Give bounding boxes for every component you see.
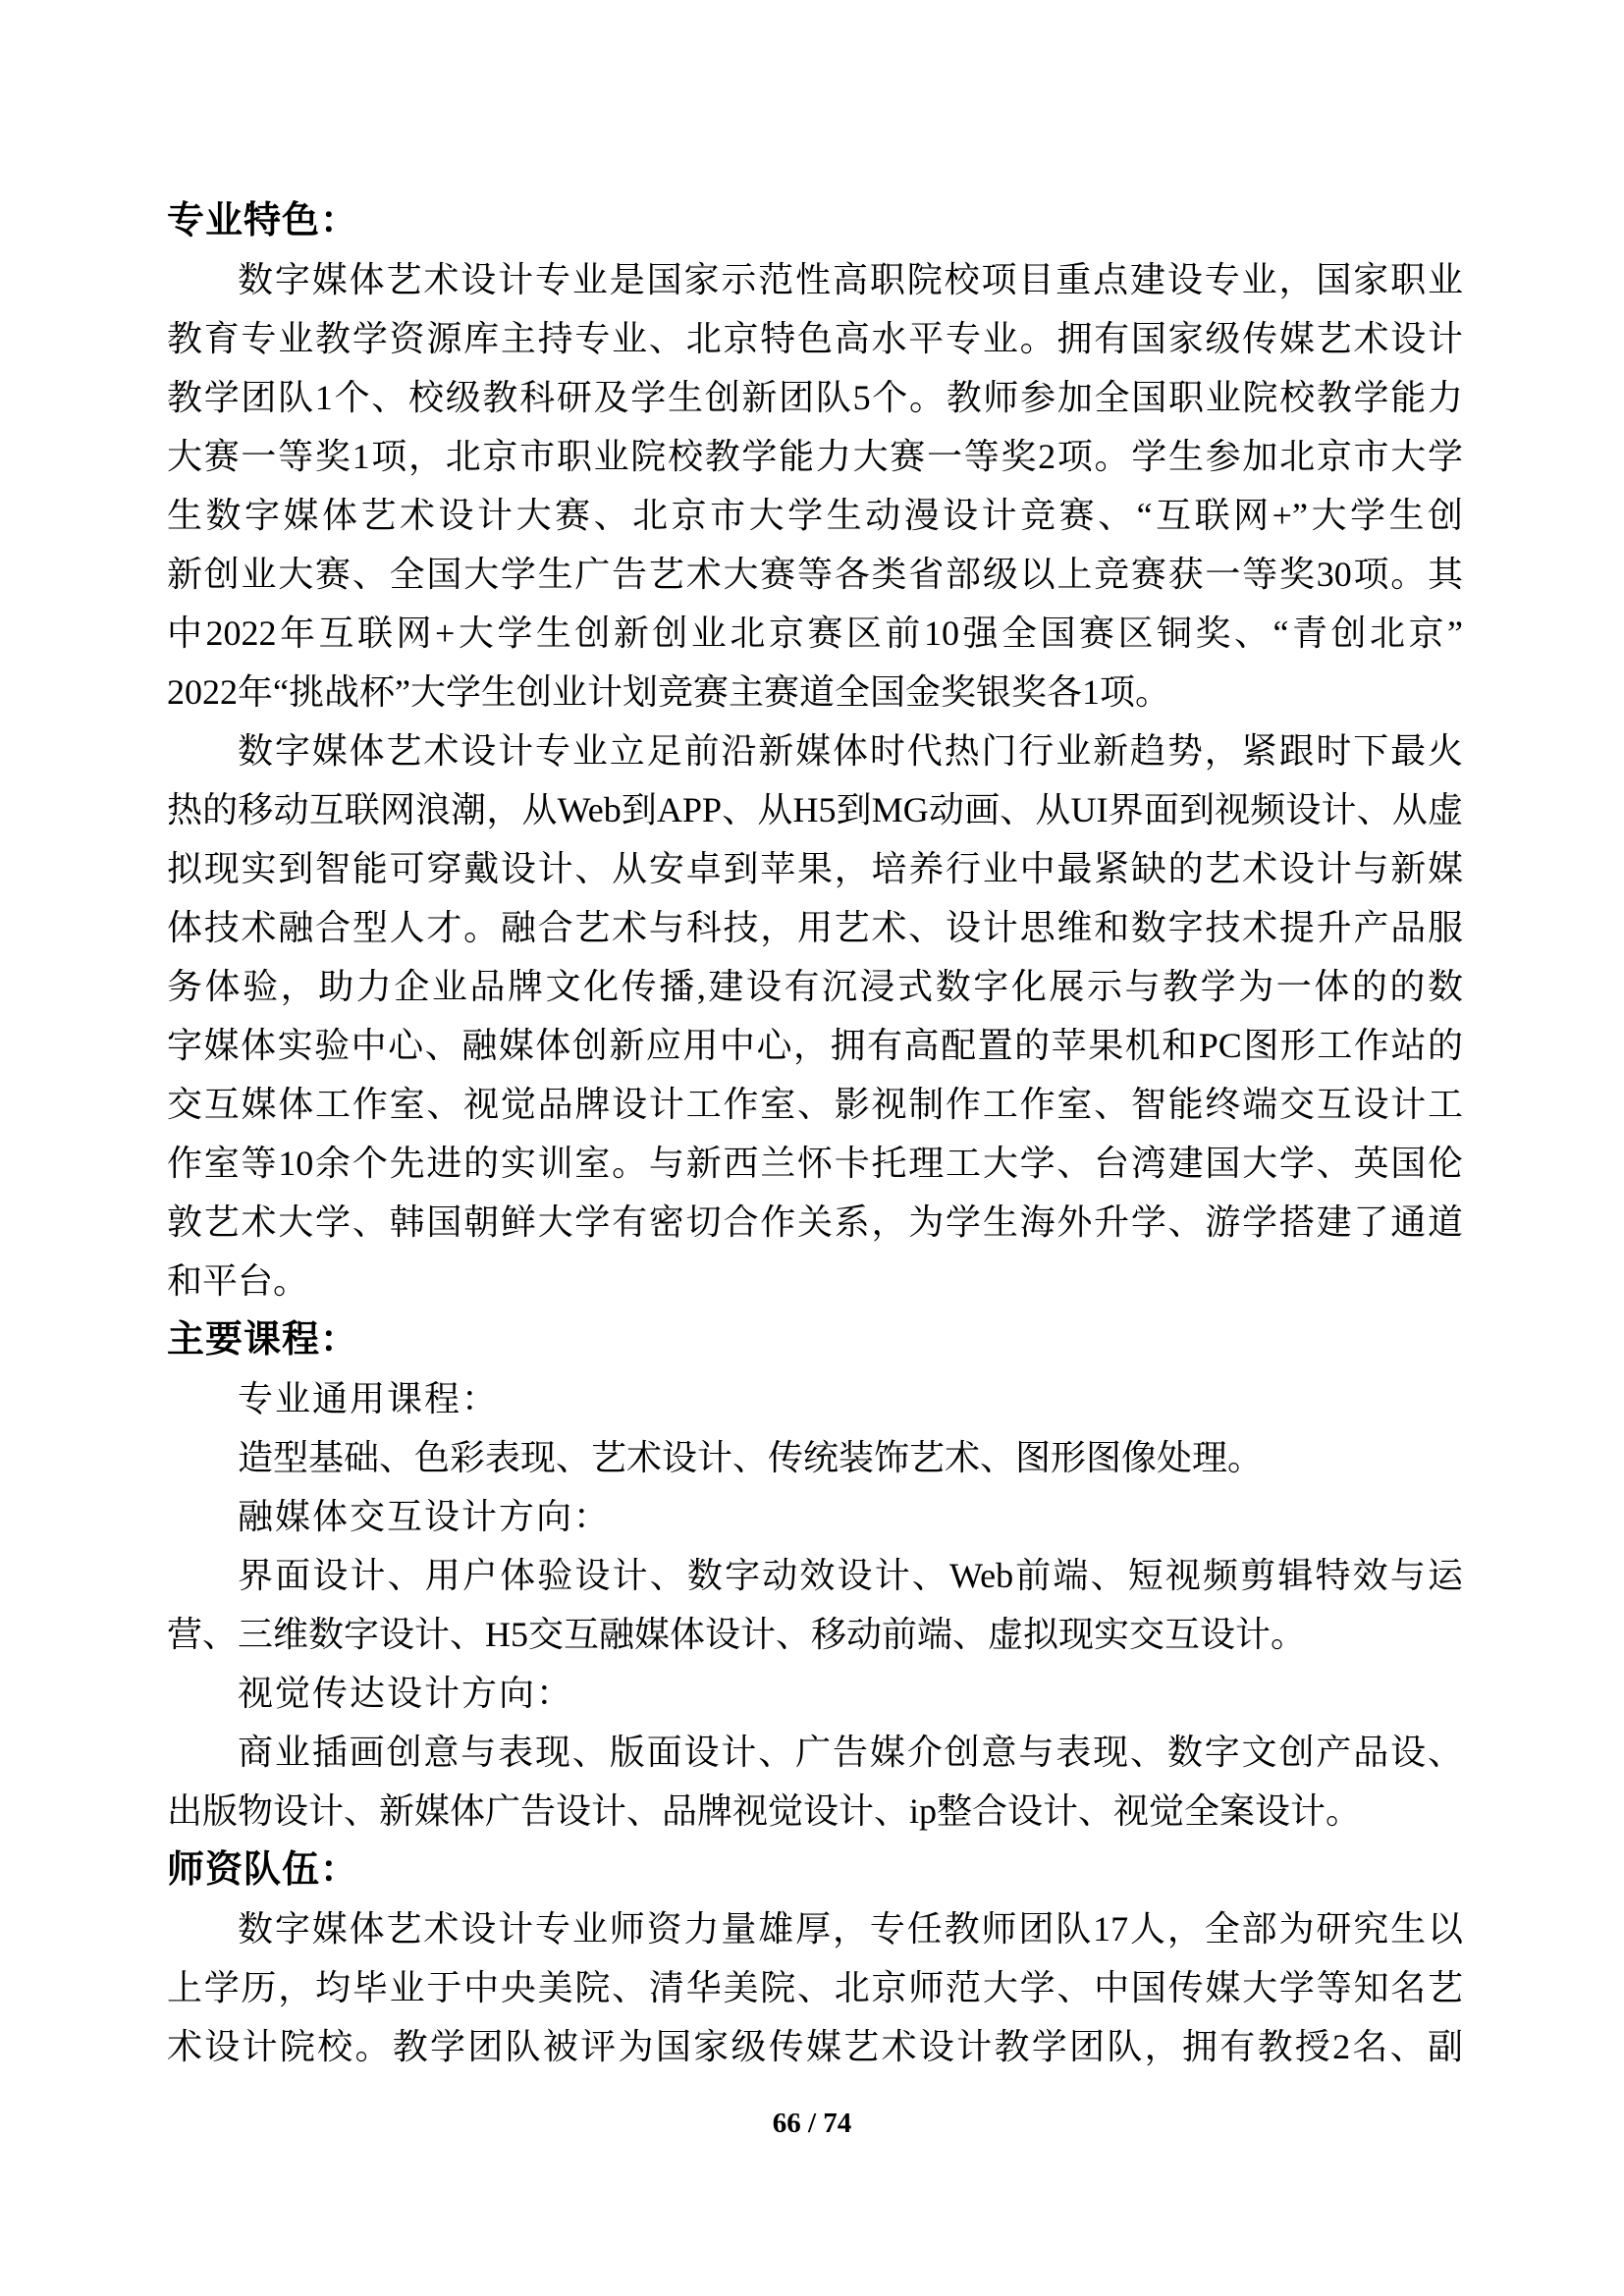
document-page: { "sections": [ { "type": "heading", "te…	[0, 0, 1624, 2296]
text-line: 商业插画创意与表现、版面设计、广告媒介创意与表现、数字文创产品设、	[167, 1723, 1463, 1782]
text-line: 教学团队1个、校级教科研及学生创新团队5个。教师参加全国职业院校教学能力	[167, 368, 1463, 427]
document-content: 专业特色：数字媒体艺术设计专业是国家示范性高职院校项目重点建设专业，国家职业教育…	[167, 191, 1463, 2076]
paragraph: 数字媒体艺术设计专业师资力量雄厚，专任教师团队17人，全部为研究生以上学历，均毕…	[167, 1899, 1463, 2076]
text-line: 融媒体交互设计方向：	[167, 1487, 1463, 1546]
text-line: 中2022年互联网+大学生创新创业北京赛区前10强全国赛区铜奖、“青创北京”	[167, 604, 1463, 663]
text-line: 拟现实到智能可穿戴设计、从安卓到苹果，培养行业中最紧缺的艺术设计与新媒	[167, 839, 1463, 898]
text-line: 体技术融合型人才。融合艺术与科技，用艺术、设计思维和数字技术提升产品服	[167, 898, 1463, 957]
page-number: 66 / 74	[0, 2106, 1624, 2141]
text-line: 敦艺术大学、韩国朝鲜大学有密切合作关系，为学生海外升学、游学搭建了通道	[167, 1193, 1463, 1252]
text-line: 营、三维数字设计、H5交互融媒体设计、移动前端、虚拟现实交互设计。	[167, 1605, 1463, 1664]
text-line: 上学历，均毕业于中央美院、清华美院、北京师范大学、中国传媒大学等知名艺	[167, 1958, 1463, 2017]
text-line: 和平台。	[167, 1252, 1463, 1310]
paragraph: 融媒体交互设计方向：	[167, 1487, 1463, 1546]
paragraph: 造型基础、色彩表现、艺术设计、传统装饰艺术、图形图像处理。	[167, 1428, 1463, 1487]
text-line: 术设计院校。教学团队被评为国家级传媒艺术设计教学团队，拥有教授2名、副	[167, 2017, 1463, 2076]
paragraph: 数字媒体艺术设计专业立足前沿新媒体时代热门行业新趋势，紧跟时下最火热的移动互联网…	[167, 721, 1463, 1310]
text-line: 视觉传达设计方向：	[167, 1664, 1463, 1723]
text-line: 务体验，助力企业品牌文化传播,建设有沉浸式数字化展示与教学为一体的的数	[167, 957, 1463, 1016]
text-line: 大赛一等奖1项，北京市职业院校教学能力大赛一等奖2项。学生参加北京市大学	[167, 427, 1463, 486]
paragraph: 专业通用课程：	[167, 1369, 1463, 1428]
text-line: 作室等10余个先进的实训室。与新西兰怀卡托理工大学、台湾建国大学、英国伦	[167, 1134, 1463, 1193]
text-line: 专业通用课程：	[167, 1369, 1463, 1428]
text-line: 教育专业教学资源库主持专业、北京特色高水平专业。拥有国家级传媒艺术设计	[167, 309, 1463, 368]
text-line: 数字媒体艺术设计专业师资力量雄厚，专任教师团队17人，全部为研究生以	[167, 1899, 1463, 1958]
paragraph: 商业插画创意与表现、版面设计、广告媒介创意与表现、数字文创产品设、出版物设计、新…	[167, 1723, 1463, 1841]
text-line: 界面设计、用户体验设计、数字动效设计、Web前端、短视频剪辑特效与运	[167, 1546, 1463, 1605]
text-line: 新创业大赛、全国大学生广告艺术大赛等各类省部级以上竞赛获一等奖30项。其	[167, 545, 1463, 604]
paragraph: 数字媒体艺术设计专业是国家示范性高职院校项目重点建设专业，国家职业教育专业教学资…	[167, 250, 1463, 721]
text-line: 生数字媒体艺术设计大赛、北京市大学生动漫设计竞赛、“互联网+”大学生创	[167, 486, 1463, 545]
section-heading: 主要课程：	[167, 1310, 1463, 1369]
text-line: 交互媒体工作室、视觉品牌设计工作室、影视制作工作室、智能终端交互设计工	[167, 1075, 1463, 1134]
text-line: 数字媒体艺术设计专业立足前沿新媒体时代热门行业新趋势，紧跟时下最火	[167, 721, 1463, 780]
paragraph: 界面设计、用户体验设计、数字动效设计、Web前端、短视频剪辑特效与运营、三维数字…	[167, 1546, 1463, 1664]
text-line: 字媒体实验中心、融媒体创新应用中心，拥有高配置的苹果机和PC图形工作站的	[167, 1016, 1463, 1075]
text-line: 出版物设计、新媒体广告设计、品牌视觉设计、ip整合设计、视觉全案设计。	[167, 1782, 1463, 1841]
text-line: 造型基础、色彩表现、艺术设计、传统装饰艺术、图形图像处理。	[167, 1428, 1463, 1487]
paragraph: 视觉传达设计方向：	[167, 1664, 1463, 1723]
text-line: 数字媒体艺术设计专业是国家示范性高职院校项目重点建设专业，国家职业	[167, 250, 1463, 309]
section-heading: 师资队伍：	[167, 1841, 1463, 1899]
text-line: 2022年“挑战杯”大学生创业计划竞赛主赛道全国金奖银奖各1项。	[167, 663, 1463, 721]
text-line: 热的移动互联网浪潮，从Web到APP、从H5到MG动画、从UI界面到视频设计、从…	[167, 780, 1463, 839]
section-heading: 专业特色：	[167, 191, 1463, 250]
